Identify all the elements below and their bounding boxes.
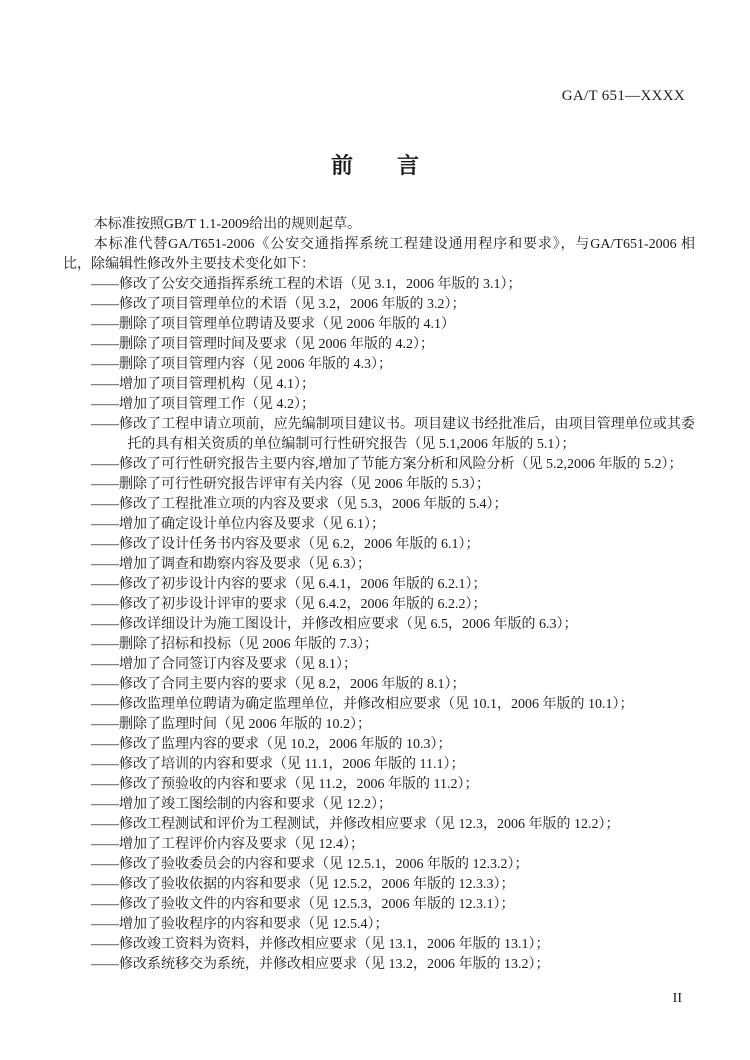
change-list-item: ——修改了预验收的内容和要求（见 11.2，2006 年版的 11.2）； <box>63 775 695 795</box>
change-list: ——修改了公安交通指挥系统工程的术语（见 3.1，2006 年版的 3.1）；—… <box>63 275 695 975</box>
change-list-item: ——增加了项目管理工作（见 4.2）； <box>63 395 695 415</box>
change-list-item: ——修改工程测试和评价为工程测试，并修改相应要求（见 12.3，2006 年版的… <box>63 815 695 835</box>
change-list-item: ——修改了验收委员会的内容和要求（见 12.5.1，2006 年版的 12.3.… <box>63 855 695 875</box>
change-list-item: ——删除了招标和投标（见 2006 年版的 7.3）； <box>63 635 695 655</box>
change-list-item: ——增加了项目管理机构（见 4.1）； <box>63 375 695 395</box>
change-list-item: ——修改详细设计为施工图设计，并修改相应要求（见 6.5，2006 年版的 6.… <box>63 615 695 635</box>
change-list-item: ——修改了可行性研究报告主要内容,增加了节能方案分析和风险分析（见 5.2,20… <box>63 455 695 475</box>
change-list-item: ——修改了验收依据的内容和要求（见 12.5.2，2006 年版的 12.3.3… <box>63 875 695 895</box>
change-list-item: ——修改系统移交为系统，并修改相应要求（见 13.2，2006 年版的 13.2… <box>63 955 695 975</box>
change-list-item: ——删除了可行性研究报告评审有关内容（见 2006 年版的 5.3）； <box>63 475 695 495</box>
change-list-item: ——删除了项目管理时间及要求（见 2006 年版的 4.2）； <box>63 335 695 355</box>
foreword-paragraph-drafting-rule: 本标准按照GB/T 1.1-2009给出的规则起草。 <box>63 215 695 235</box>
change-list-item: ——修改了公安交通指挥系统工程的术语（见 3.1，2006 年版的 3.1）； <box>63 275 695 295</box>
change-list-item: ——修改了工程批准立项的内容及要求（见 5.3，2006 年版的 5.4）； <box>63 495 695 515</box>
change-list-item: ——增加了验收程序的内容和要求（见 12.5.4）； <box>63 915 695 935</box>
change-list-item: ——修改了合同主要内容的要求（见 8.2，2006 年版的 8.1）； <box>63 675 695 695</box>
page-number: II <box>0 991 682 1007</box>
change-list-item: ——修改监理单位聘请为确定监理单位，并修改相应要求（见 10.1，2006 年版… <box>63 695 695 715</box>
change-list-item: ——删除了项目管理单位聘请及要求（见 2006 年版的 4.1） <box>63 315 695 335</box>
change-list-item: ——修改了验收文件的内容和要求（见 12.5.3，2006 年版的 12.3.1… <box>63 895 695 915</box>
foreword-body: 本标准按照GB/T 1.1-2009给出的规则起草。 本标准代替GA/T651-… <box>63 215 695 975</box>
change-list-item: ——修改了设计任务书内容及要求（见 6.2，2006 年版的 6.1）； <box>63 535 695 555</box>
change-list-item: ——修改了工程申请立项前，应先编制项目建议书。项目建议书经批准后，由项目管理单位… <box>63 415 695 455</box>
change-list-item: ——删除了监理时间（见 2006 年版的 10.2）； <box>63 715 695 735</box>
change-list-item: ——修改了初步设计内容的要求（见 6.4.1，2006 年版的 6.2.1）； <box>63 575 695 595</box>
change-list-item: ——修改了项目管理单位的术语（见 3.2，2006 年版的 3.2）； <box>63 295 695 315</box>
change-list-item: ——增加了调查和勘察内容及要求（见 6.3）； <box>63 555 695 575</box>
change-list-item: ——增加了工程评价内容及要求（见 12.4）； <box>63 835 695 855</box>
change-list-item: ——删除了项目管理内容（见 2006 年版的 4.3）； <box>63 355 695 375</box>
change-list-item: ——增加了合同签订内容及要求（见 8.1）； <box>63 655 695 675</box>
change-list-item: ——修改竣工资料为资料，并修改相应要求（见 13.1，2006 年版的 13.1… <box>63 935 695 955</box>
standard-code-header: GA/T 651—XXXX <box>0 88 685 105</box>
foreword-paragraph-replacement: 本标准代替GA/T651-2006《公安交通指挥系统工程建设通用程序和要求》，与… <box>63 235 695 275</box>
change-list-item: ——修改了监理内容的要求（见 10.2，2006 年版的 10.3）； <box>63 735 695 755</box>
document-page: GA/T 651—XXXX 前 言 本标准按照GB/T 1.1-2009给出的规… <box>0 0 750 1060</box>
change-list-item: ——增加了竣工图绘制的内容和要求（见 12.2）； <box>63 795 695 815</box>
change-list-item: ——增加了确定设计单位内容及要求（见 6.1）； <box>63 515 695 535</box>
change-list-item: ——修改了初步设计评审的要求（见 6.4.2，2006 年版的 6.2.2）； <box>63 595 695 615</box>
foreword-title: 前 言 <box>0 149 750 180</box>
change-list-item: ——修改了培训的内容和要求（见 11.1，2006 年版的 11.1）； <box>63 755 695 775</box>
